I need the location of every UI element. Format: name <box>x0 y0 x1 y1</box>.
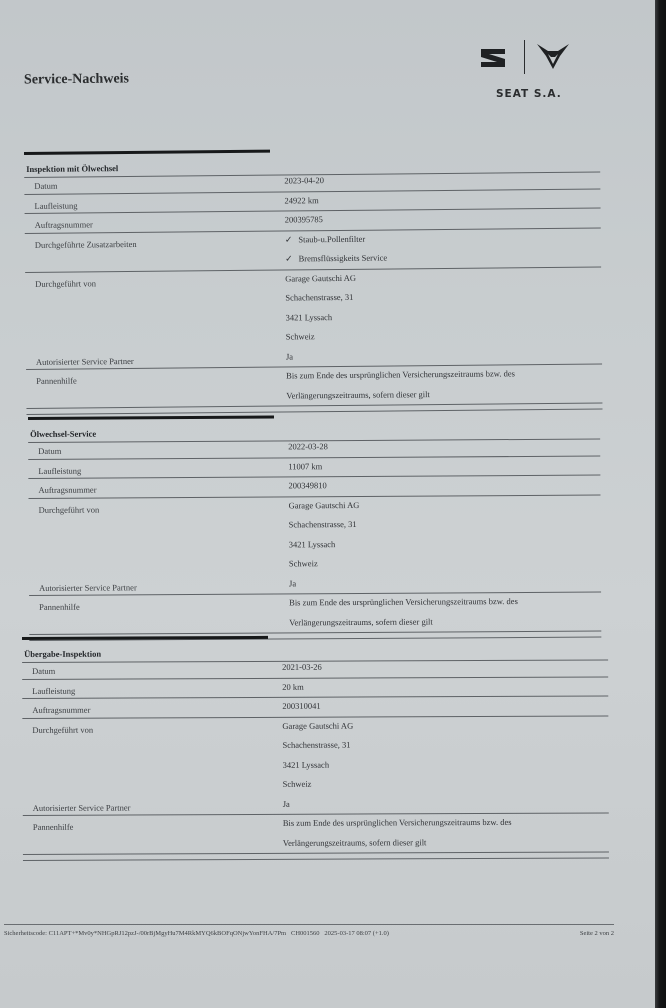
row-divider <box>26 402 602 409</box>
row-value-text: Schweiz <box>283 779 312 789</box>
row-value-text: Garage Gautschi AG <box>282 720 353 730</box>
row-value-text: Schachenstrasse, 31 <box>285 292 353 303</box>
logo-divider <box>524 40 525 74</box>
row-value-text: Schachenstrasse, 31 <box>289 519 357 529</box>
row-value-text: Schweiz <box>286 331 315 341</box>
row-value: 3421 Lyssach <box>286 312 333 322</box>
service-row: Autorisierter Service PartnerJa <box>26 348 602 354</box>
row-value: 3421 Lyssach <box>283 759 330 769</box>
section-title: Ölwechsel-Service <box>30 429 96 439</box>
service-entry: Inspektion mit ÖlwechselDatum2023-04-20L… <box>24 146 600 152</box>
row-divider <box>29 631 601 635</box>
row-label: Auftragsnummer <box>35 219 93 230</box>
row-value: Schweiz <box>283 779 312 789</box>
row-value: 11007 km <box>288 461 322 471</box>
section-rule <box>24 150 270 155</box>
service-row: Auftragsnummer200349810 <box>28 479 600 482</box>
row-label: Pannenhilfe <box>39 602 80 612</box>
row-value: Ja <box>289 578 296 588</box>
page-title: Service-Nachweis <box>24 71 129 88</box>
service-row: PannenhilfeBis zum Ende des ursprünglich… <box>29 596 601 599</box>
dealer-code: CH001560 <box>291 930 320 937</box>
seat-logo-icon <box>480 48 506 68</box>
section-title: Übergabe-Inspektion <box>24 649 101 659</box>
row-value: Schweiz <box>286 331 315 341</box>
row-label: Durchgeführt von <box>32 724 93 734</box>
row-label: Datum <box>34 181 57 191</box>
row-label: Autorisierter Service Partner <box>36 355 134 366</box>
service-row: Laufleistung11007 km <box>28 459 600 462</box>
row-value: 2021-03-26 <box>282 662 322 672</box>
row-value: ✓Bremsflüssigkeits Service <box>285 253 387 265</box>
row-value-text: Verlängerungszeitraums, sofern dieser gi… <box>286 389 430 400</box>
document-page: Service-Nachweis SEAT S.A. Inspektion mi… <box>0 0 655 1008</box>
row-divider <box>22 715 608 719</box>
row-divider <box>25 227 601 234</box>
security-code-label: Sicherheitscode: <box>4 930 47 937</box>
row-value: 3421 Lyssach <box>289 539 336 549</box>
section-rule <box>28 415 274 420</box>
row-value-text: Staub-u.Pollenfilter <box>298 233 365 244</box>
row-divider <box>23 812 609 816</box>
cupra-logo-icon <box>536 42 570 70</box>
service-row: Laufleistung20 km <box>22 680 608 683</box>
row-value-text: 3421 Lyssach <box>289 539 336 549</box>
section-title: Inspektion mit Ölwechsel <box>26 163 118 174</box>
row-divider <box>22 676 608 680</box>
row-label: Auftragsnummer <box>32 705 90 715</box>
row-divider <box>23 857 609 861</box>
row-value: 24922 km <box>284 195 318 205</box>
security-code: C11APT+*Mv0y*NHGpRJ12pzJ-/00rBjMgyHu7M4R… <box>49 930 287 937</box>
row-value: Schachenstrasse, 31 <box>282 740 350 750</box>
row-label: Laufleistung <box>32 685 75 695</box>
row-label: Durchgeführt von <box>39 504 100 514</box>
page-number: Seite 2 von 2 <box>580 930 614 937</box>
row-label: Datum <box>32 666 55 676</box>
row-label: Autorisierter Service Partner <box>33 802 131 812</box>
row-value-text: Garage Gautschi AG <box>289 499 360 509</box>
row-divider <box>28 494 600 498</box>
row-label: Durchgeführte Zusatzarbeiten <box>35 238 137 249</box>
row-divider <box>28 455 600 459</box>
service-row: PannenhilfeBis zum Ende des ursprünglich… <box>23 816 609 819</box>
row-divider <box>23 851 609 855</box>
row-value-text: 3421 Lyssach <box>286 312 333 322</box>
company-name: SEAT S.A. <box>496 88 562 100</box>
checkmark-icon: ✓ <box>285 254 293 264</box>
row-value: 2023-04-20 <box>284 175 324 185</box>
row-label: Datum <box>38 446 61 456</box>
row-label: Laufleistung <box>34 200 77 210</box>
row-divider <box>27 408 603 415</box>
row-divider <box>25 266 601 273</box>
row-label: Laufleistung <box>38 465 81 475</box>
row-value-text: Verlängerungszeitraums, sofern dieser gi… <box>289 616 433 627</box>
row-value: 200310041 <box>282 701 320 711</box>
row-divider <box>22 695 608 699</box>
row-value-text: Verlängerungszeitraums, sofern dieser gi… <box>283 837 427 848</box>
row-value: Garage Gautschi AG <box>282 720 353 730</box>
background-edge <box>655 0 666 1008</box>
footer-divider <box>4 924 614 925</box>
row-value: Verlängerungszeitraums, sofern dieser gi… <box>289 616 433 627</box>
service-row: Autorisierter Service PartnerJa <box>29 576 601 579</box>
row-value-text: Bis zum Ende des ursprünglichen Versiche… <box>286 368 515 380</box>
row-value: 2022-03-28 <box>288 441 328 451</box>
row-value-text: 3421 Lyssach <box>283 759 330 769</box>
row-value-text: Bis zum Ende des ursprünglichen Versiche… <box>289 596 518 607</box>
service-row: Autorisierter Service PartnerJa <box>23 797 609 800</box>
row-label: Durchgeführt von <box>35 278 96 289</box>
row-value: Verlängerungszeitraums, sofern dieser gi… <box>286 389 430 400</box>
row-label: Pannenhilfe <box>36 376 77 386</box>
row-label: Pannenhilfe <box>33 822 74 832</box>
row-divider <box>25 207 601 214</box>
row-value-text: Bremsflüssigkeits Service <box>299 253 388 264</box>
service-row: Durchgeführt vonGarage Gautschi AGSchach… <box>29 498 601 501</box>
row-value: 20 km <box>282 681 304 691</box>
row-value: Garage Gautschi AG <box>285 272 356 283</box>
row-value-text: Schachenstrasse, 31 <box>282 740 350 750</box>
row-value: Verlängerungszeitraums, sofern dieser gi… <box>283 837 427 848</box>
row-value: 200349810 <box>288 480 326 490</box>
footer: Sicherheitscode: C11APT+*Mv0y*NHGpRJ12pz… <box>4 930 614 937</box>
row-value: 200395785 <box>285 214 323 224</box>
row-label: Auftragsnummer <box>38 485 96 495</box>
service-row: Durchgeführt vonGarage Gautschi AGSchach… <box>22 719 608 722</box>
row-value: Garage Gautschi AG <box>289 499 360 509</box>
row-value: Ja <box>286 351 293 361</box>
row-value: Bis zum Ende des ursprünglichen Versiche… <box>283 817 512 828</box>
row-value: Schweiz <box>289 558 318 568</box>
service-row: Auftragsnummer200310041 <box>22 699 608 702</box>
row-value-text: Schweiz <box>289 558 318 568</box>
row-divider <box>28 475 600 479</box>
row-value: Bis zum Ende des ursprünglichen Versiche… <box>289 596 518 607</box>
checkmark-icon: ✓ <box>285 235 293 245</box>
row-value: Schachenstrasse, 31 <box>285 292 353 303</box>
row-value-text: Bis zum Ende des ursprünglichen Versiche… <box>283 817 512 828</box>
row-value: Bis zum Ende des ursprünglichen Versiche… <box>286 368 515 380</box>
row-divider <box>24 188 600 195</box>
brand-logo: SEAT S.A. <box>480 38 580 104</box>
row-value-text: Garage Gautschi AG <box>285 272 356 283</box>
row-value: Schachenstrasse, 31 <box>289 519 357 529</box>
row-label: Autorisierter Service Partner <box>39 582 137 593</box>
print-timestamp: 2025-03-17 08:07 (+1.0) <box>324 930 389 937</box>
row-value: Ja <box>283 798 290 808</box>
row-value: ✓Staub-u.Pollenfilter <box>285 233 365 245</box>
